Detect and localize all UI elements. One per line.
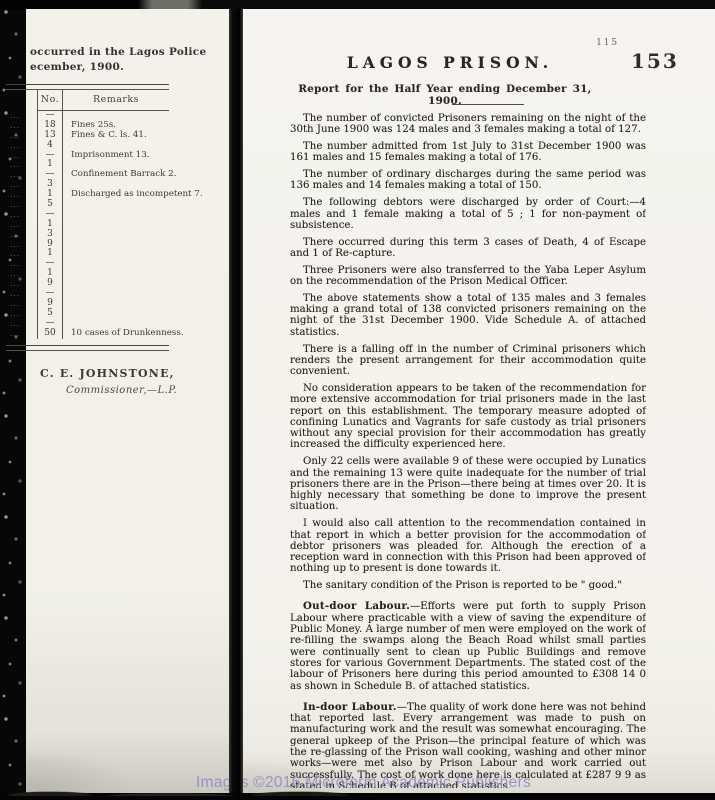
leader-dots: ... [6, 240, 37, 250]
subtitle-rule [452, 104, 524, 105]
report-body: The number of convicted Prisoners remain… [290, 113, 646, 788]
table-row: ...5010 cases of Drunkenness. [6, 329, 169, 339]
signature-name: C. E. JOHNSTONE, [40, 367, 175, 380]
table-row: ...9 [6, 240, 169, 250]
remark-cell [63, 210, 169, 220]
table-row: ...— [6, 210, 169, 220]
report-paragraph: The sanitary condition of the Prison is … [290, 580, 646, 591]
leader-dots: ... [6, 249, 37, 259]
remark-cell [63, 249, 169, 259]
leader-dots: ... [6, 289, 37, 299]
leader-dots: ... [6, 121, 37, 131]
report-paragraph: There occurred during this term 3 cases … [290, 237, 646, 260]
page-subtitle: Report for the Half Year ending December… [280, 83, 610, 107]
stamp-page-number: 153 [631, 49, 679, 73]
remark-cell: 10 cases of Drunkenness. [63, 329, 169, 339]
section-heading: In-door Labour. [303, 701, 397, 713]
leader-dots: ... [6, 170, 37, 180]
remark-cell [63, 200, 169, 210]
table-header: No. Remarks [6, 90, 169, 111]
remark-cell [63, 299, 169, 309]
microfilm-frame: occurred in the Lagos Police ecember, 19… [0, 0, 715, 800]
remark-cell: Discharged as incompetent 7. [63, 190, 169, 200]
table-row: ...5 [6, 200, 169, 210]
page-gutter [229, 0, 243, 796]
leader-dots: ... [6, 329, 37, 339]
col-header-remarks: Remarks [63, 90, 169, 111]
left-page-fragment-line1: occurred in the Lagos Police [30, 46, 206, 58]
table-row: ...1Discharged as incompetent 7. [6, 190, 169, 200]
table-row: ...9 [6, 279, 169, 289]
section-heading: Out-door Labour. [303, 600, 410, 612]
leader-dots: ... [6, 279, 37, 289]
table-row: ...1 [6, 249, 169, 259]
offence-summary-table: No. Remarks ...—...18Fines 25s....13Fine… [6, 84, 169, 351]
remark-cell [63, 269, 169, 279]
remark-cell [63, 230, 169, 240]
table-row: ...1 [6, 269, 169, 279]
leader-dots: ... [6, 200, 37, 210]
leader-dots: ... [6, 259, 37, 269]
leader-dots: ... [6, 220, 37, 230]
page-title: LAGOS PRISON. [310, 53, 590, 72]
report-paragraph: Only 22 cells were available 9 of these … [290, 456, 646, 512]
leader-dots: ... [6, 131, 37, 141]
leader-dots: ... [6, 180, 37, 190]
remark-cell: Confinement Barrack 2. [63, 170, 169, 180]
table-row: ...— [6, 259, 169, 269]
report-paragraph: No consideration appears to be taken of … [290, 383, 646, 451]
report-paragraph: The following debtors were discharged by… [290, 197, 646, 231]
report-paragraph: The number admitted from 1st July to 31s… [290, 141, 646, 164]
remark-cell [63, 309, 169, 319]
leader-dots: ... [6, 111, 37, 121]
report-paragraph: Out-door Labour.—Efforts were put forth … [290, 601, 646, 691]
remark-cell [63, 220, 169, 230]
no-cell: 50 [37, 329, 63, 339]
left-page-fragment-line2: ecember, 1900. [30, 61, 124, 73]
leader-dots: ... [6, 299, 37, 309]
remark-cell: Imprisonment 13. [63, 151, 169, 161]
col-header-no: No. [37, 90, 63, 111]
report-paragraph: There is a falling off in the number of … [290, 344, 646, 378]
leader-dots: ... [6, 141, 37, 151]
remark-cell [63, 279, 169, 289]
table-row: ...13Fines & C. ls. 41. [6, 131, 169, 141]
leader-dots: ... [6, 230, 37, 240]
leader-dots: ... [6, 269, 37, 279]
remark-cell [63, 289, 169, 299]
table-bottom-rule [6, 345, 169, 351]
table-row: ...3 [6, 230, 169, 240]
leader-dots: ... [6, 319, 37, 329]
remark-cell: Fines & C. ls. 41. [63, 131, 169, 141]
film-bottom-noise [0, 787, 360, 796]
table-row: ...— [6, 289, 169, 299]
remark-cell [63, 240, 169, 250]
report-paragraph: The number of ordinary discharges during… [290, 169, 646, 192]
table-row: ...9 [6, 299, 169, 309]
table-row: ...1 [6, 220, 169, 230]
leader-dots: ... [6, 210, 37, 220]
remark-cell [63, 259, 169, 269]
leader-dots: ... [6, 160, 37, 170]
table-row: ...—Confinement Barrack 2. [6, 170, 169, 180]
leader-dots: ... [6, 309, 37, 319]
folio-number: 115 [596, 37, 619, 48]
leader-dots: ... [6, 190, 37, 200]
table-row: ...5 [6, 309, 169, 319]
report-paragraph: Three Prisoners were also transferred to… [290, 265, 646, 288]
signature-title: Commissioner,—L.P. [66, 385, 177, 396]
table-body: ...—...18Fines 25s....13Fines & C. ls. 4… [6, 111, 169, 338]
table-row: ...—Imprisonment 13. [6, 151, 169, 161]
film-top-edge [0, 0, 715, 9]
report-paragraph: I would also call attention to the recom… [290, 518, 646, 574]
leader-dots: ... [6, 151, 37, 161]
report-paragraph: The number of convicted Prisoners remain… [290, 113, 646, 136]
report-paragraph: The above statements show a total of 135… [290, 293, 646, 338]
